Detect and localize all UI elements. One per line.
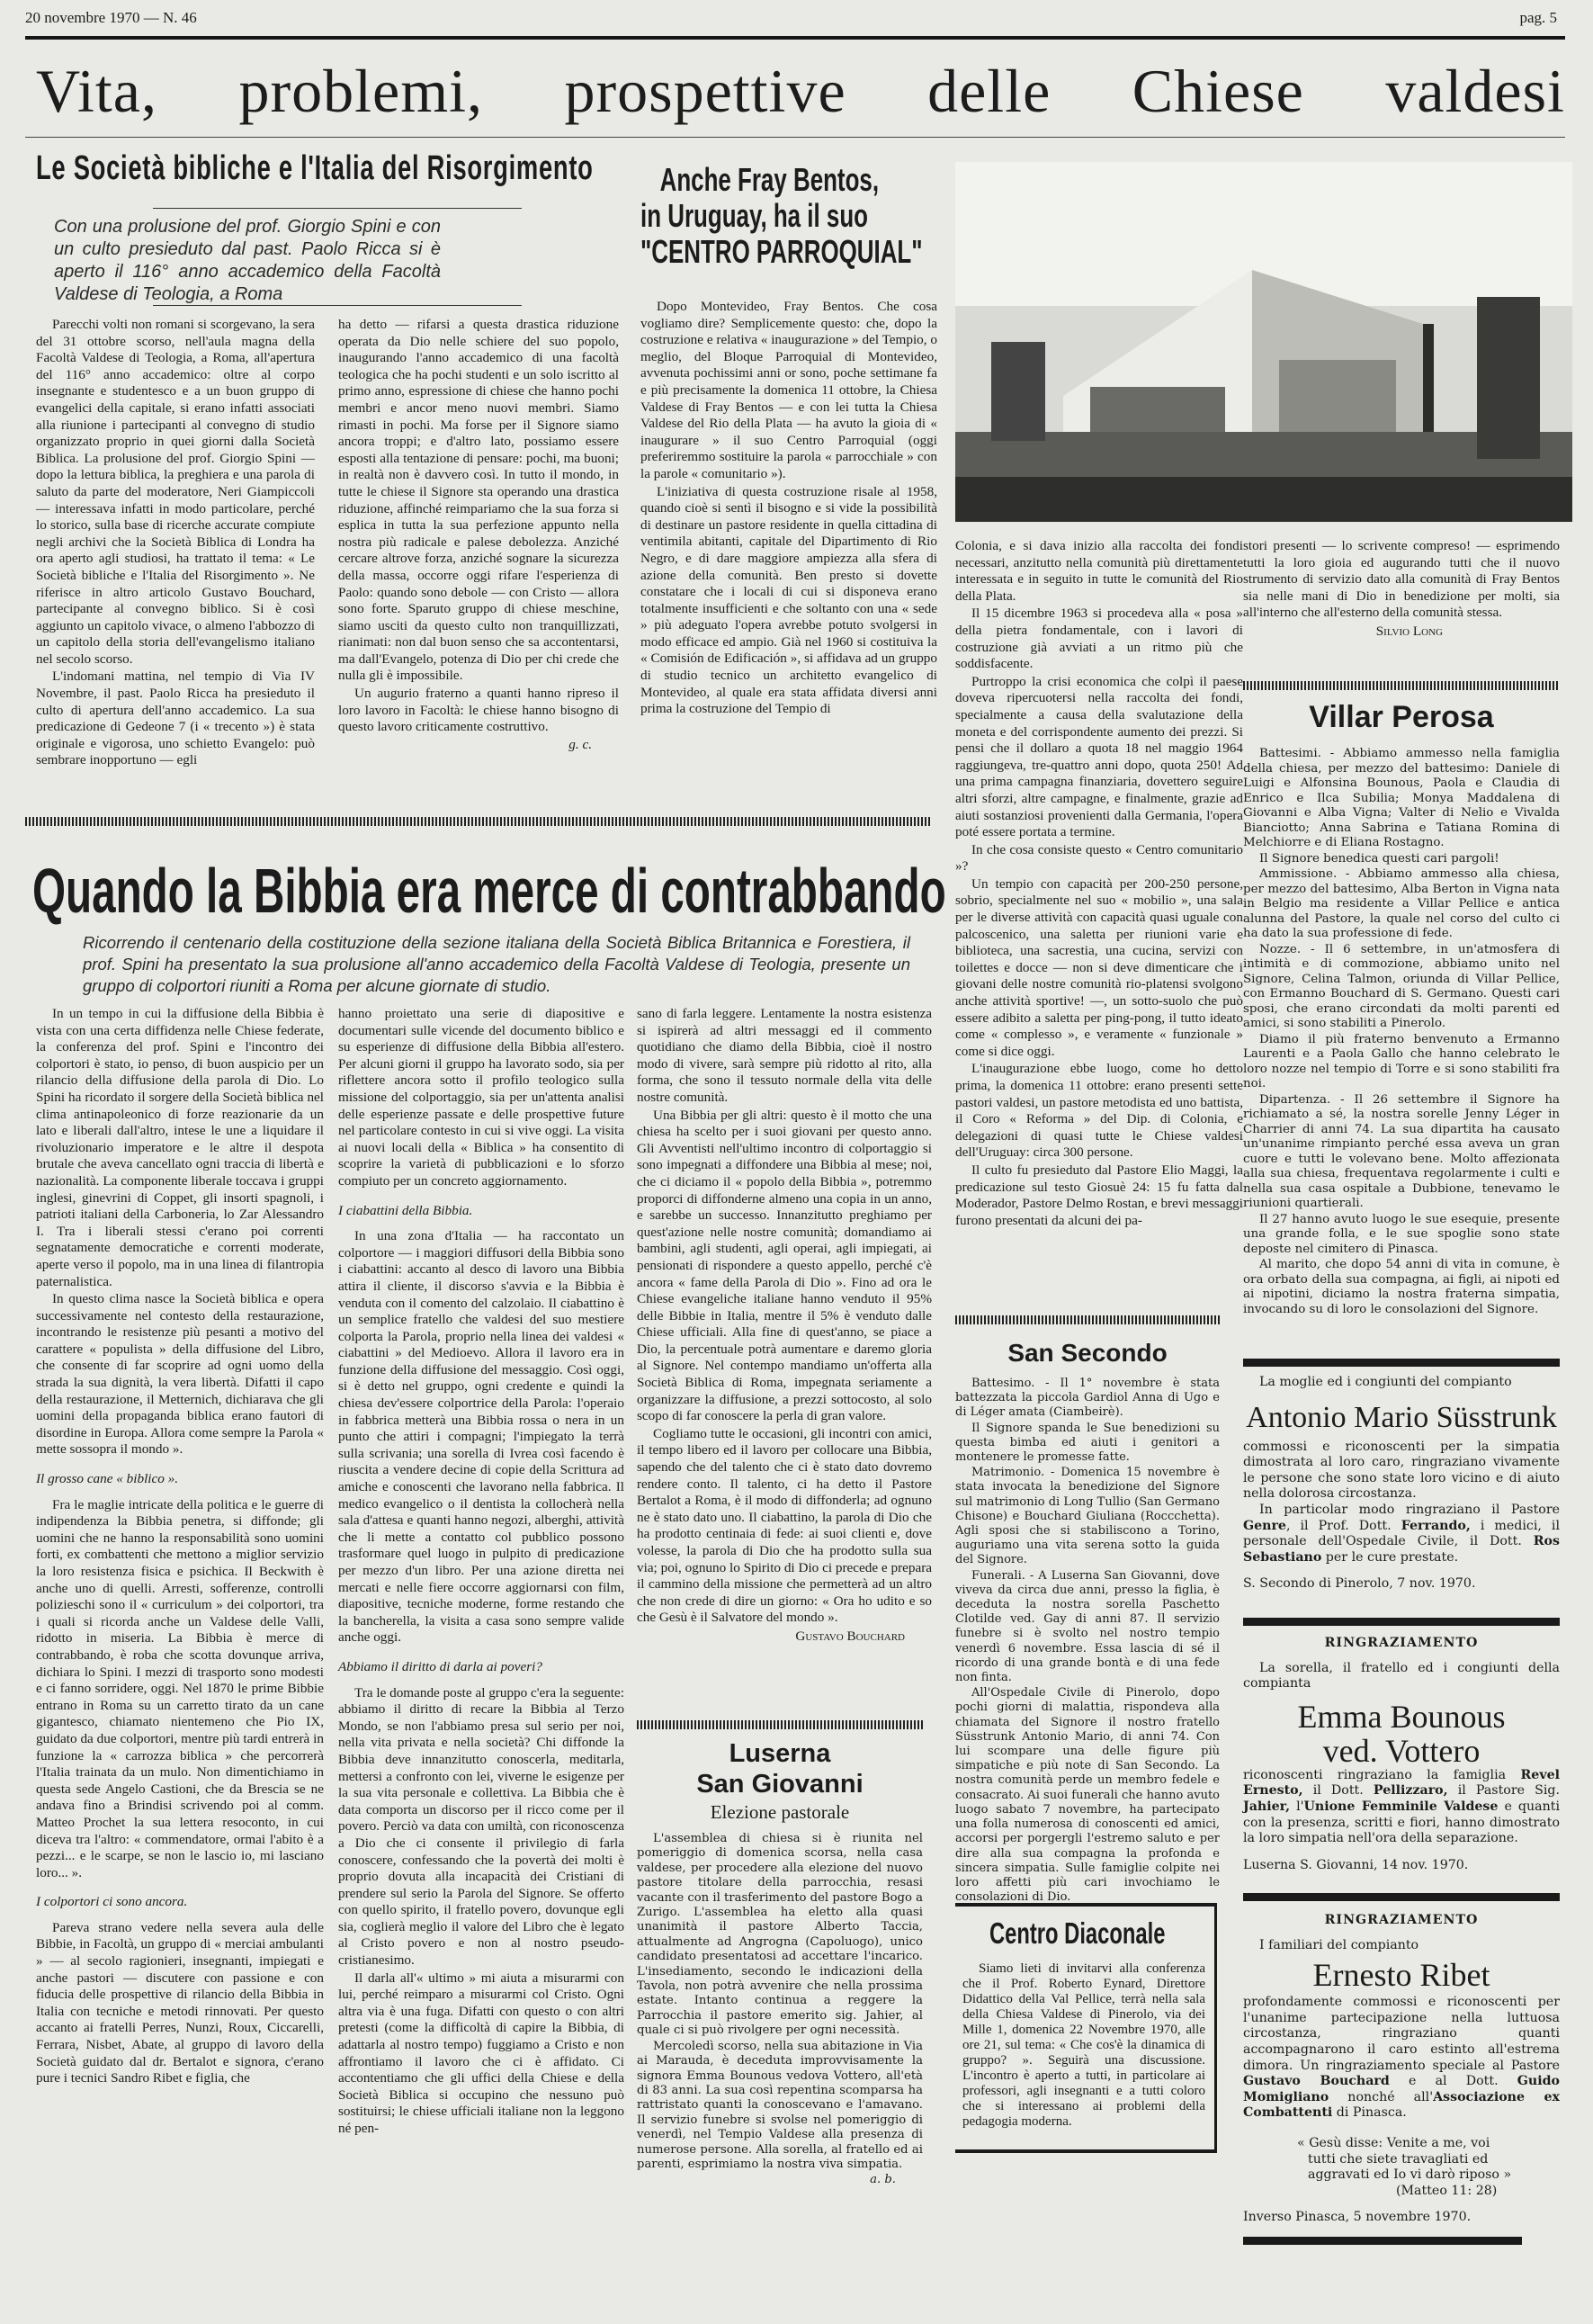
luserna-subtitle: Elezione pastorale [637,1801,923,1824]
san-secondo-divider [955,1315,1220,1324]
header-rule [25,36,1565,40]
subhead-poveri: Abbiamo il diritto di darla ai poveri? [338,1659,624,1676]
villar-perosa-body: Battesimi. - Abbiamo ammesso nella famig… [1243,747,1560,1318]
societa-column-2: ha detto — rifarsi a questa drastica rid… [338,317,619,753]
deceased-name-susstrunk: Antonio Mario Süsstrunk [1243,1400,1560,1436]
luserna-title: Luserna San Giovanni [637,1738,923,1799]
section-divider [25,817,932,826]
luserna-divider [637,1720,923,1729]
centro-diaconale-body: Siamo lieti di invitarvi alla conferenza… [962,1961,1205,2131]
masthead-title: Vita, problemi, prospettive delle Chiese… [36,56,1565,127]
fray-bentos-column-3: stori presenti — lo scrivente compreso! … [1243,538,1560,641]
subhead-grosso-cane: Il grosso cane « biblico ». [36,1471,324,1488]
notice-ribet: RINGRAZIAMENTO I familiari del compianto… [1243,1897,1560,2226]
deck-rule-bottom [153,305,522,306]
contrabbando-column-1: In un tempo in cui la diffusione della B… [36,1006,324,2088]
fray-bentos-column-2: Colonia, e si dava inizio alla raccolta … [955,538,1243,1230]
fray-bentos-column-1: Dopo Montevideo, Fray Bentos. Che cosa v… [640,299,937,719]
deck-contrabbando: Ricorrendo il centenario della costituzi… [83,932,910,997]
subhead-ciabattini: I ciabattini della Bibbia. [338,1203,624,1220]
deck-rule-top [153,208,522,209]
headline-societa-bibliche: Le Società bibliche e l'Italia del Risor… [36,149,594,188]
signature-silvio-long: Silvio Long [1243,624,1443,641]
contrabbando-column-2: hanno proiettato una serie di diapositiv… [338,1006,624,2139]
subhead-colportori: I colportori ci sono ancora. [36,1894,324,1911]
luserna-body: L'assemblea di chiesa si è riunita nel p… [637,1832,923,2188]
issue-date: 20 novembre 1970 — N. 46 [25,9,197,27]
notice-bounous: RINGRAZIAMENTO La sorella, il fratello e… [1243,1620,1560,1873]
masthead-rule [25,137,1565,138]
centro-diaconale-title: Centro Diaconale [989,1916,1165,1951]
page-number: pag. 5 [1519,9,1557,27]
deceased-name-ribet: Ernesto Ribet [1243,1957,1560,1993]
headline-contrabbando: Quando la Bibbia era merce di contrabban… [32,855,946,927]
notice-susstrunk: La moglie ed i congiunti del compianto A… [1243,1375,1560,1593]
bible-quote: « Gesù disse: Venite a me, voi tutti che… [1297,2136,1560,2199]
signature-gc: g. c. [338,737,592,754]
headline-fray-bentos: Anche Fray Bentos, in Uruguay, ha il suo… [640,162,923,270]
deceased-name-bounous: Emma Bounous ved. Vottero [1243,1700,1560,1768]
signature-gustavo-bouchard: Gustavo Bouchard [637,1629,905,1646]
church-building-photo [955,162,1572,522]
villar-perosa-title: Villar Perosa [1243,700,1560,735]
villar-divider [1243,681,1560,690]
notice-divider-4 [1243,2237,1522,2245]
san-secondo-title: San Secondo [955,1339,1220,1368]
notice-divider-1 [1243,1359,1560,1367]
contrabbando-column-3: sano di farla leggere. Lentamente la nos… [637,1006,932,1646]
signature-ab: a. b. [637,2173,896,2187]
church-photo-illustration [955,162,1572,522]
societa-column-1: Parecchi volti non romani si scorgevano,… [36,317,315,770]
deck-societa: Con una prolusione del prof. Giorgio Spi… [54,216,441,306]
san-secondo-body: Battesimo. - Il 1° novembre è stata batt… [955,1377,1220,1906]
